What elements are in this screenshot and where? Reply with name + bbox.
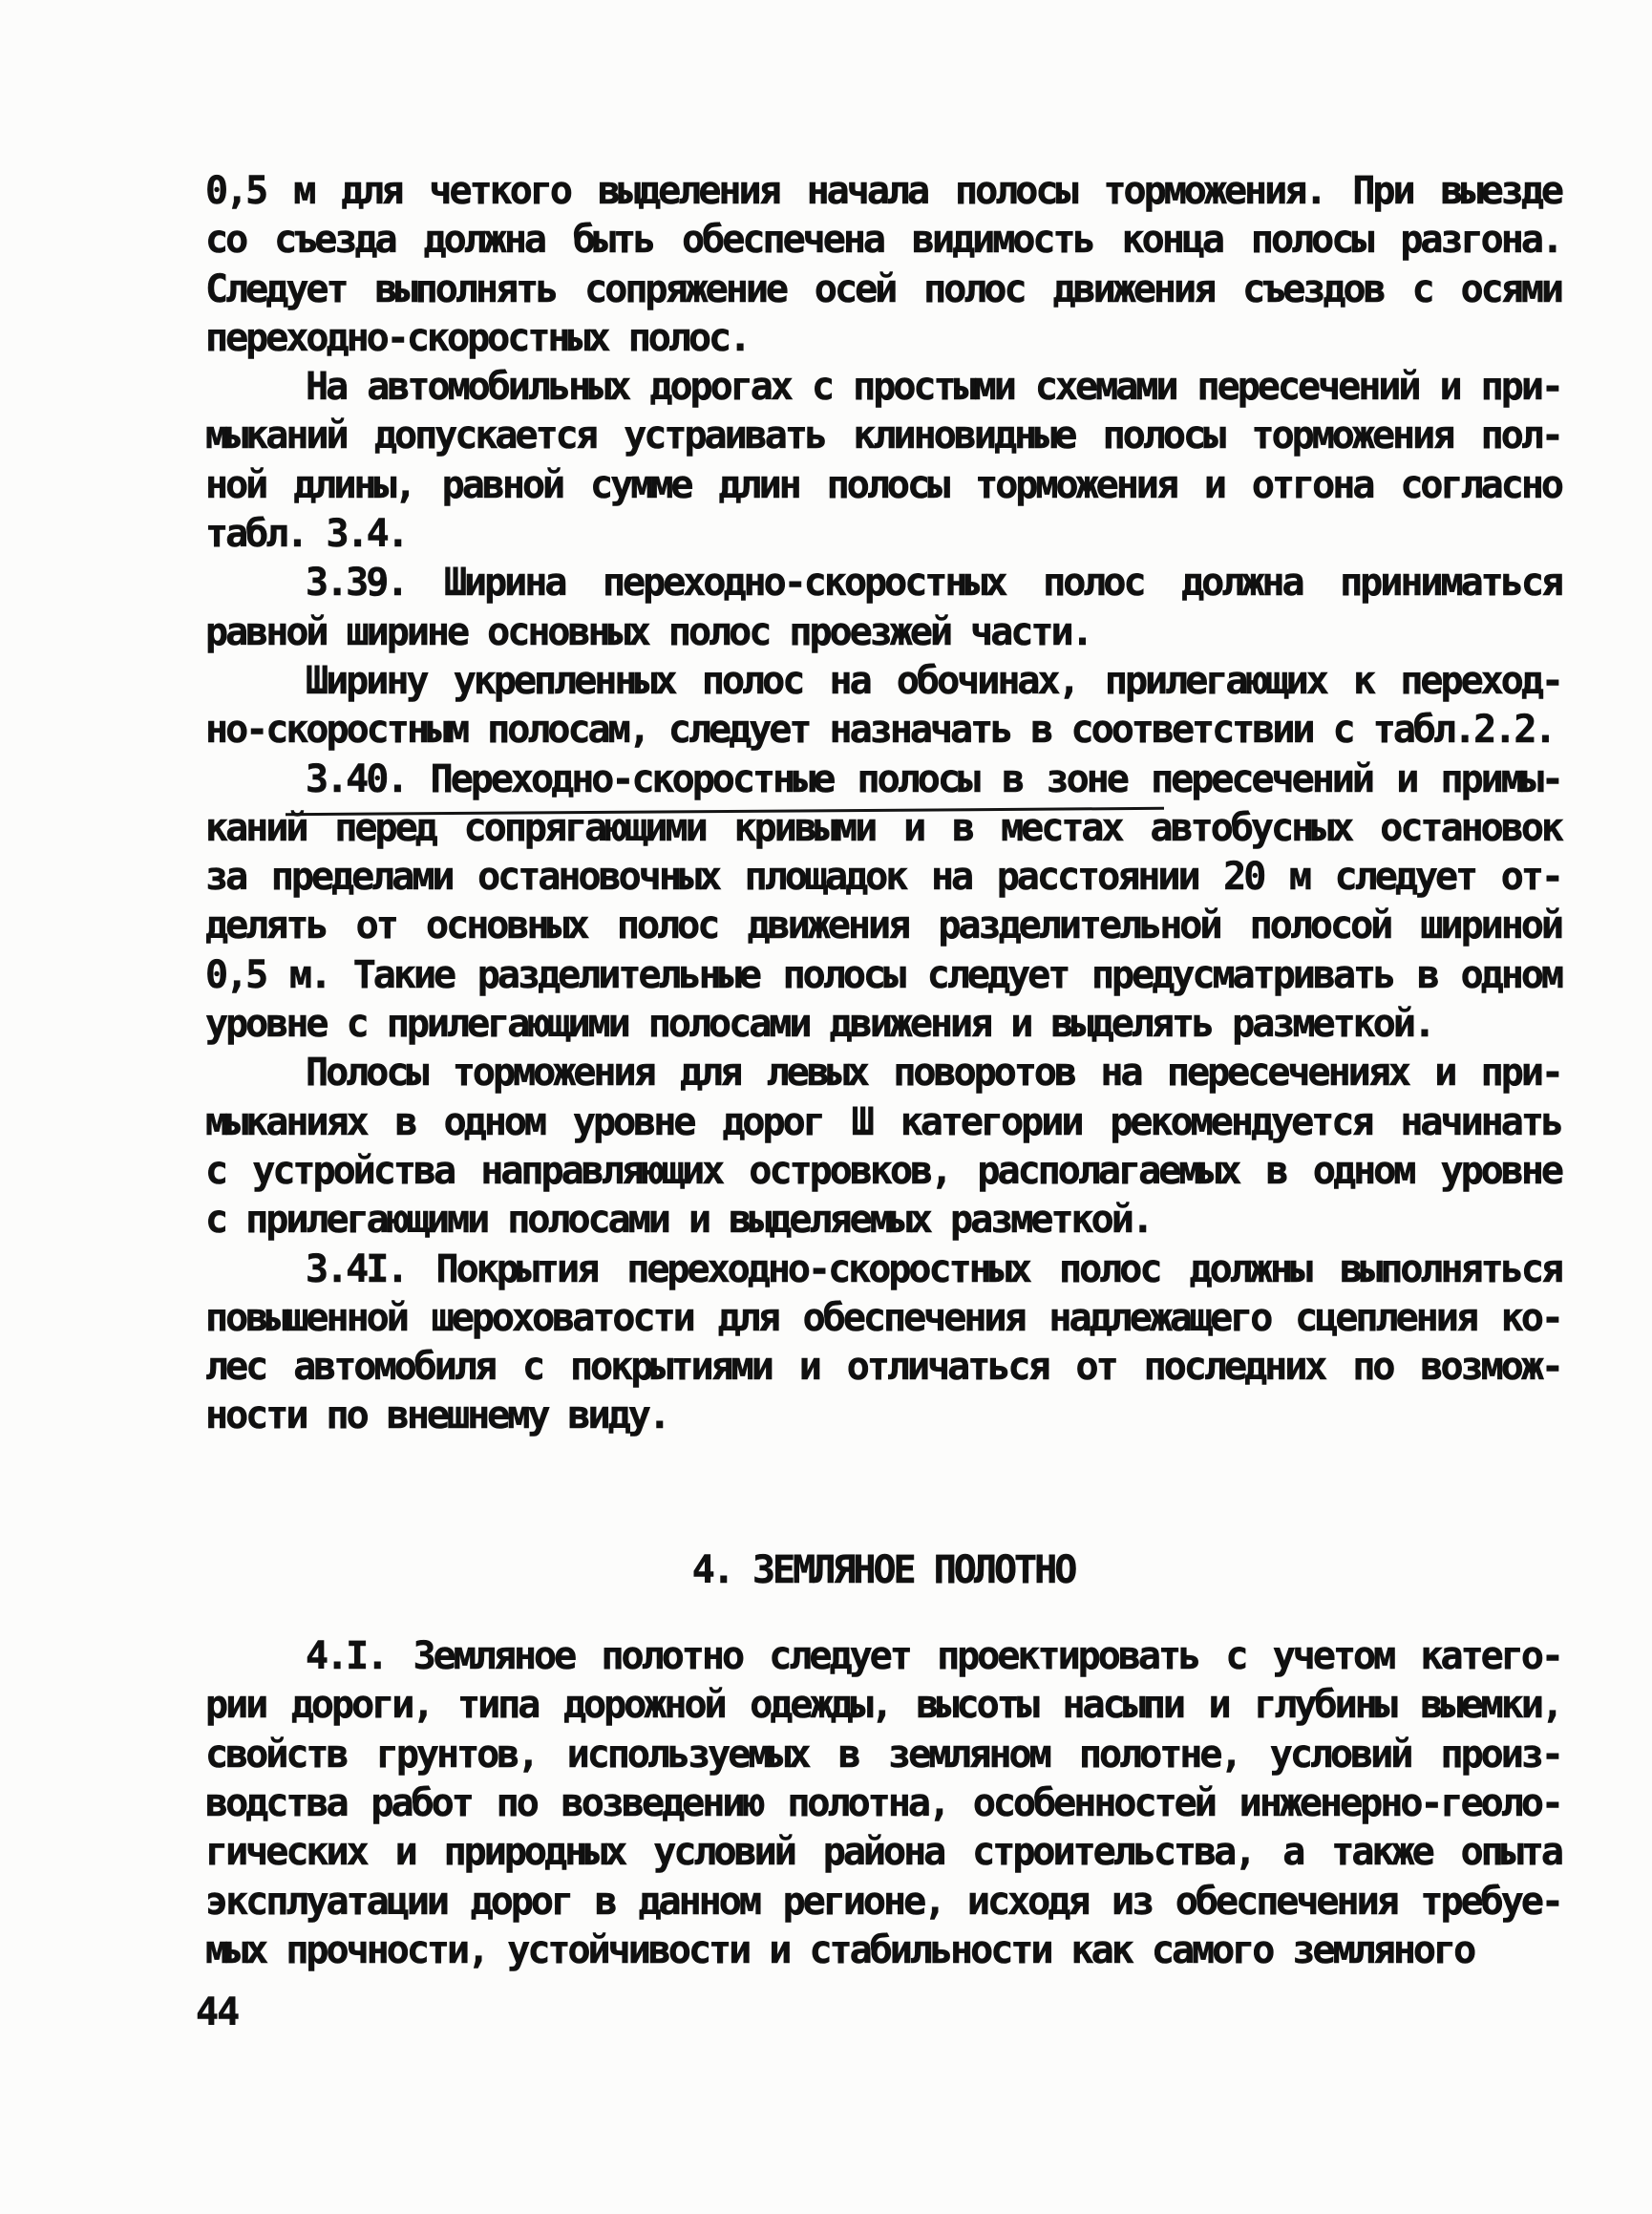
text-line: табл. 3.4. [205, 510, 1561, 559]
text-line: уровне с прилегающими полосами движения … [205, 1000, 1561, 1049]
text-line: гических и природных условий района стро… [205, 1828, 1561, 1877]
text-line: мыканий допускается устраивать клиновидн… [205, 412, 1561, 460]
text-line: лес автомобиля с покрытиями и отличаться… [205, 1343, 1561, 1392]
text-line: эксплуатации дорог в данном регионе, исх… [205, 1878, 1561, 1927]
paragraph: Полосы торможения для левых поворотов на… [205, 1049, 1561, 1245]
text-line: за пределами остановочных площадок на ра… [205, 853, 1561, 902]
text-line: каний перед сопрягающими кривыми и в мес… [205, 804, 1561, 853]
paragraph: 3.39. Ширина переходно-скоростных полос … [205, 559, 1561, 657]
text-line: 3.4I. Покрытия переходно-скоростных поло… [205, 1245, 1561, 1294]
text-line: водства работ по возведению полотна, осо… [205, 1779, 1561, 1828]
text-line: 4.I. Земляное полотно следует проектиров… [205, 1632, 1561, 1681]
text-line: рии дороги, типа дорожной одежды, высоты… [205, 1681, 1561, 1730]
text-line: 0,5 м. Такие разделительные полосы следу… [205, 951, 1561, 1000]
document-body: 0,5 м для четкого выделения начала полос… [205, 167, 1561, 1975]
text-line: с устройства направляющих островков, рас… [205, 1147, 1561, 1196]
text-line: равной ширине основных полос проезжей ча… [205, 608, 1561, 657]
text-line: Следует выполнять сопряжение осей полос … [205, 266, 1561, 314]
section-heading: 4. ЗЕМЛЯНОЕ ПОЛОТНО [205, 1546, 1561, 1595]
text-line: На автомобильных дорогах с простыми схем… [205, 363, 1561, 412]
text-line: ности по внешнему виду. [205, 1392, 1561, 1440]
text-line: мых прочности, устойчивости и стабильнос… [205, 1927, 1561, 1975]
paragraph: На автомобильных дорогах с простыми схем… [205, 363, 1561, 559]
text-line: со съезда должна быть обеспечена видимос… [205, 216, 1561, 265]
text-line: но-скоростным полосам, следует назначать… [205, 706, 1561, 755]
text-line: ной длины, равной сумме длин полосы торм… [205, 461, 1561, 510]
page-number: 44 [196, 1989, 238, 2037]
text-line: 3.39. Ширина переходно-скоростных полос … [205, 559, 1561, 607]
paragraph: 3.40. Переходно-скоростные полосы в зоне… [205, 756, 1561, 1050]
text-line: свойств грунтов, используемых в земляном… [205, 1731, 1561, 1779]
text-line: повышенной шероховатости для обеспечения… [205, 1294, 1561, 1343]
scan-overline-rule [286, 807, 1164, 816]
text-line: 0,5 м для четкого выделения начала полос… [205, 167, 1561, 216]
paragraph: 3.4I. Покрытия переходно-скоростных поло… [205, 1245, 1561, 1441]
text-line: с прилегающими полосами и выделяемых раз… [205, 1196, 1561, 1245]
text-line: Полосы торможения для левых поворотов на… [205, 1049, 1561, 1097]
text-line: мыканиях в одном уровне дорог Ш категори… [205, 1098, 1561, 1147]
text-line: переходно-скоростных полос. [205, 314, 1561, 363]
text-line: Ширину укрепленных полос на обочинах, пр… [205, 657, 1561, 706]
text-line: 3.40. Переходно-скоростные полосы в зоне… [205, 756, 1561, 804]
paragraph: Ширину укрепленных полос на обочинах, пр… [205, 657, 1561, 756]
paragraph: 0,5 м для четкого выделения начала полос… [205, 167, 1561, 363]
scanned-document-page: 0,5 м для четкого выделения начала полос… [0, 0, 1652, 2214]
text-line: делять от основных полос движения раздел… [205, 902, 1561, 950]
paragraph: 4.I. Земляное полотно следует проектиров… [205, 1632, 1561, 1975]
